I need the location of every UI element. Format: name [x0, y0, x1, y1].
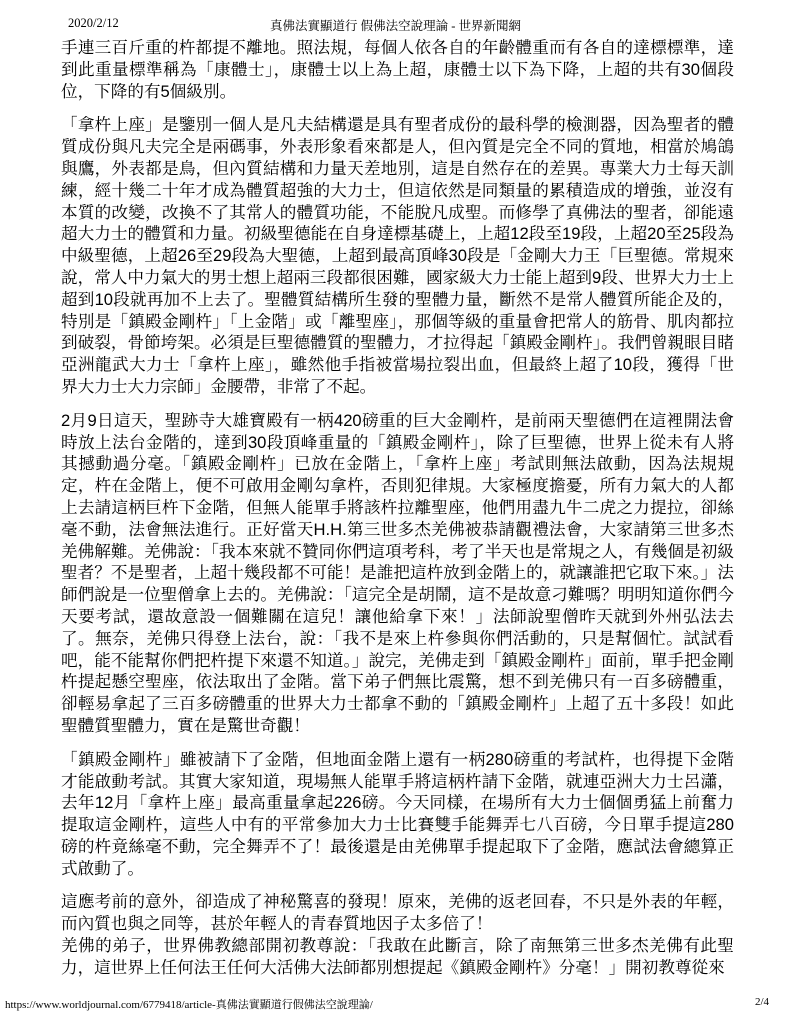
- print-date: 2020/2/12: [68, 16, 119, 31]
- print-footer: https://www.worldjournal.com/6779418/art…: [0, 996, 791, 1010]
- paragraph: 「鎮殿金剛杵」雖被請下了金階，但地面金階上還有一柄280磅重的考試杵，也得提下金…: [61, 749, 734, 880]
- paragraph: 這應考前的意外，卻造成了神秘驚喜的發現！原來，羌佛的返老回春，不只是外表的年輕，…: [61, 891, 734, 935]
- paragraph: 「拿杵上座」是鑒別一個人是凡夫結構還是具有聖者成份的最科學的檢測器，因為聖者的體…: [61, 114, 734, 397]
- paragraph: 羌佛的弟子，世界佛教總部開初教尊說：「我敢在此斷言，除了南無第三世多杰羌佛有此聖…: [61, 935, 734, 979]
- source-url: https://www.worldjournal.com/6779418/art…: [5, 996, 373, 1012]
- article-body: 手連三百斤重的杵都提不離地。照法規，每個人依各自的年齡體重而有各自的達標標準，達…: [61, 37, 734, 991]
- document-page: 2020/2/12 真佛法實顯道行 假佛法空說理論 - 世界新聞網 手連三百斤重…: [0, 0, 791, 1024]
- print-header: 2020/2/12 真佛法實顯道行 假佛法空說理論 - 世界新聞網: [0, 16, 791, 32]
- paragraph: 手連三百斤重的杵都提不離地。照法規，每個人依各自的年齡體重而有各自的達標標準，達…: [61, 37, 734, 102]
- page-number: 2/4: [755, 996, 769, 1008]
- paragraph: 2月9日這天，聖跡寺大雄寶殿有一柄420磅重的巨大金剛杵，是前兩天聖德們在這裡開…: [61, 410, 734, 737]
